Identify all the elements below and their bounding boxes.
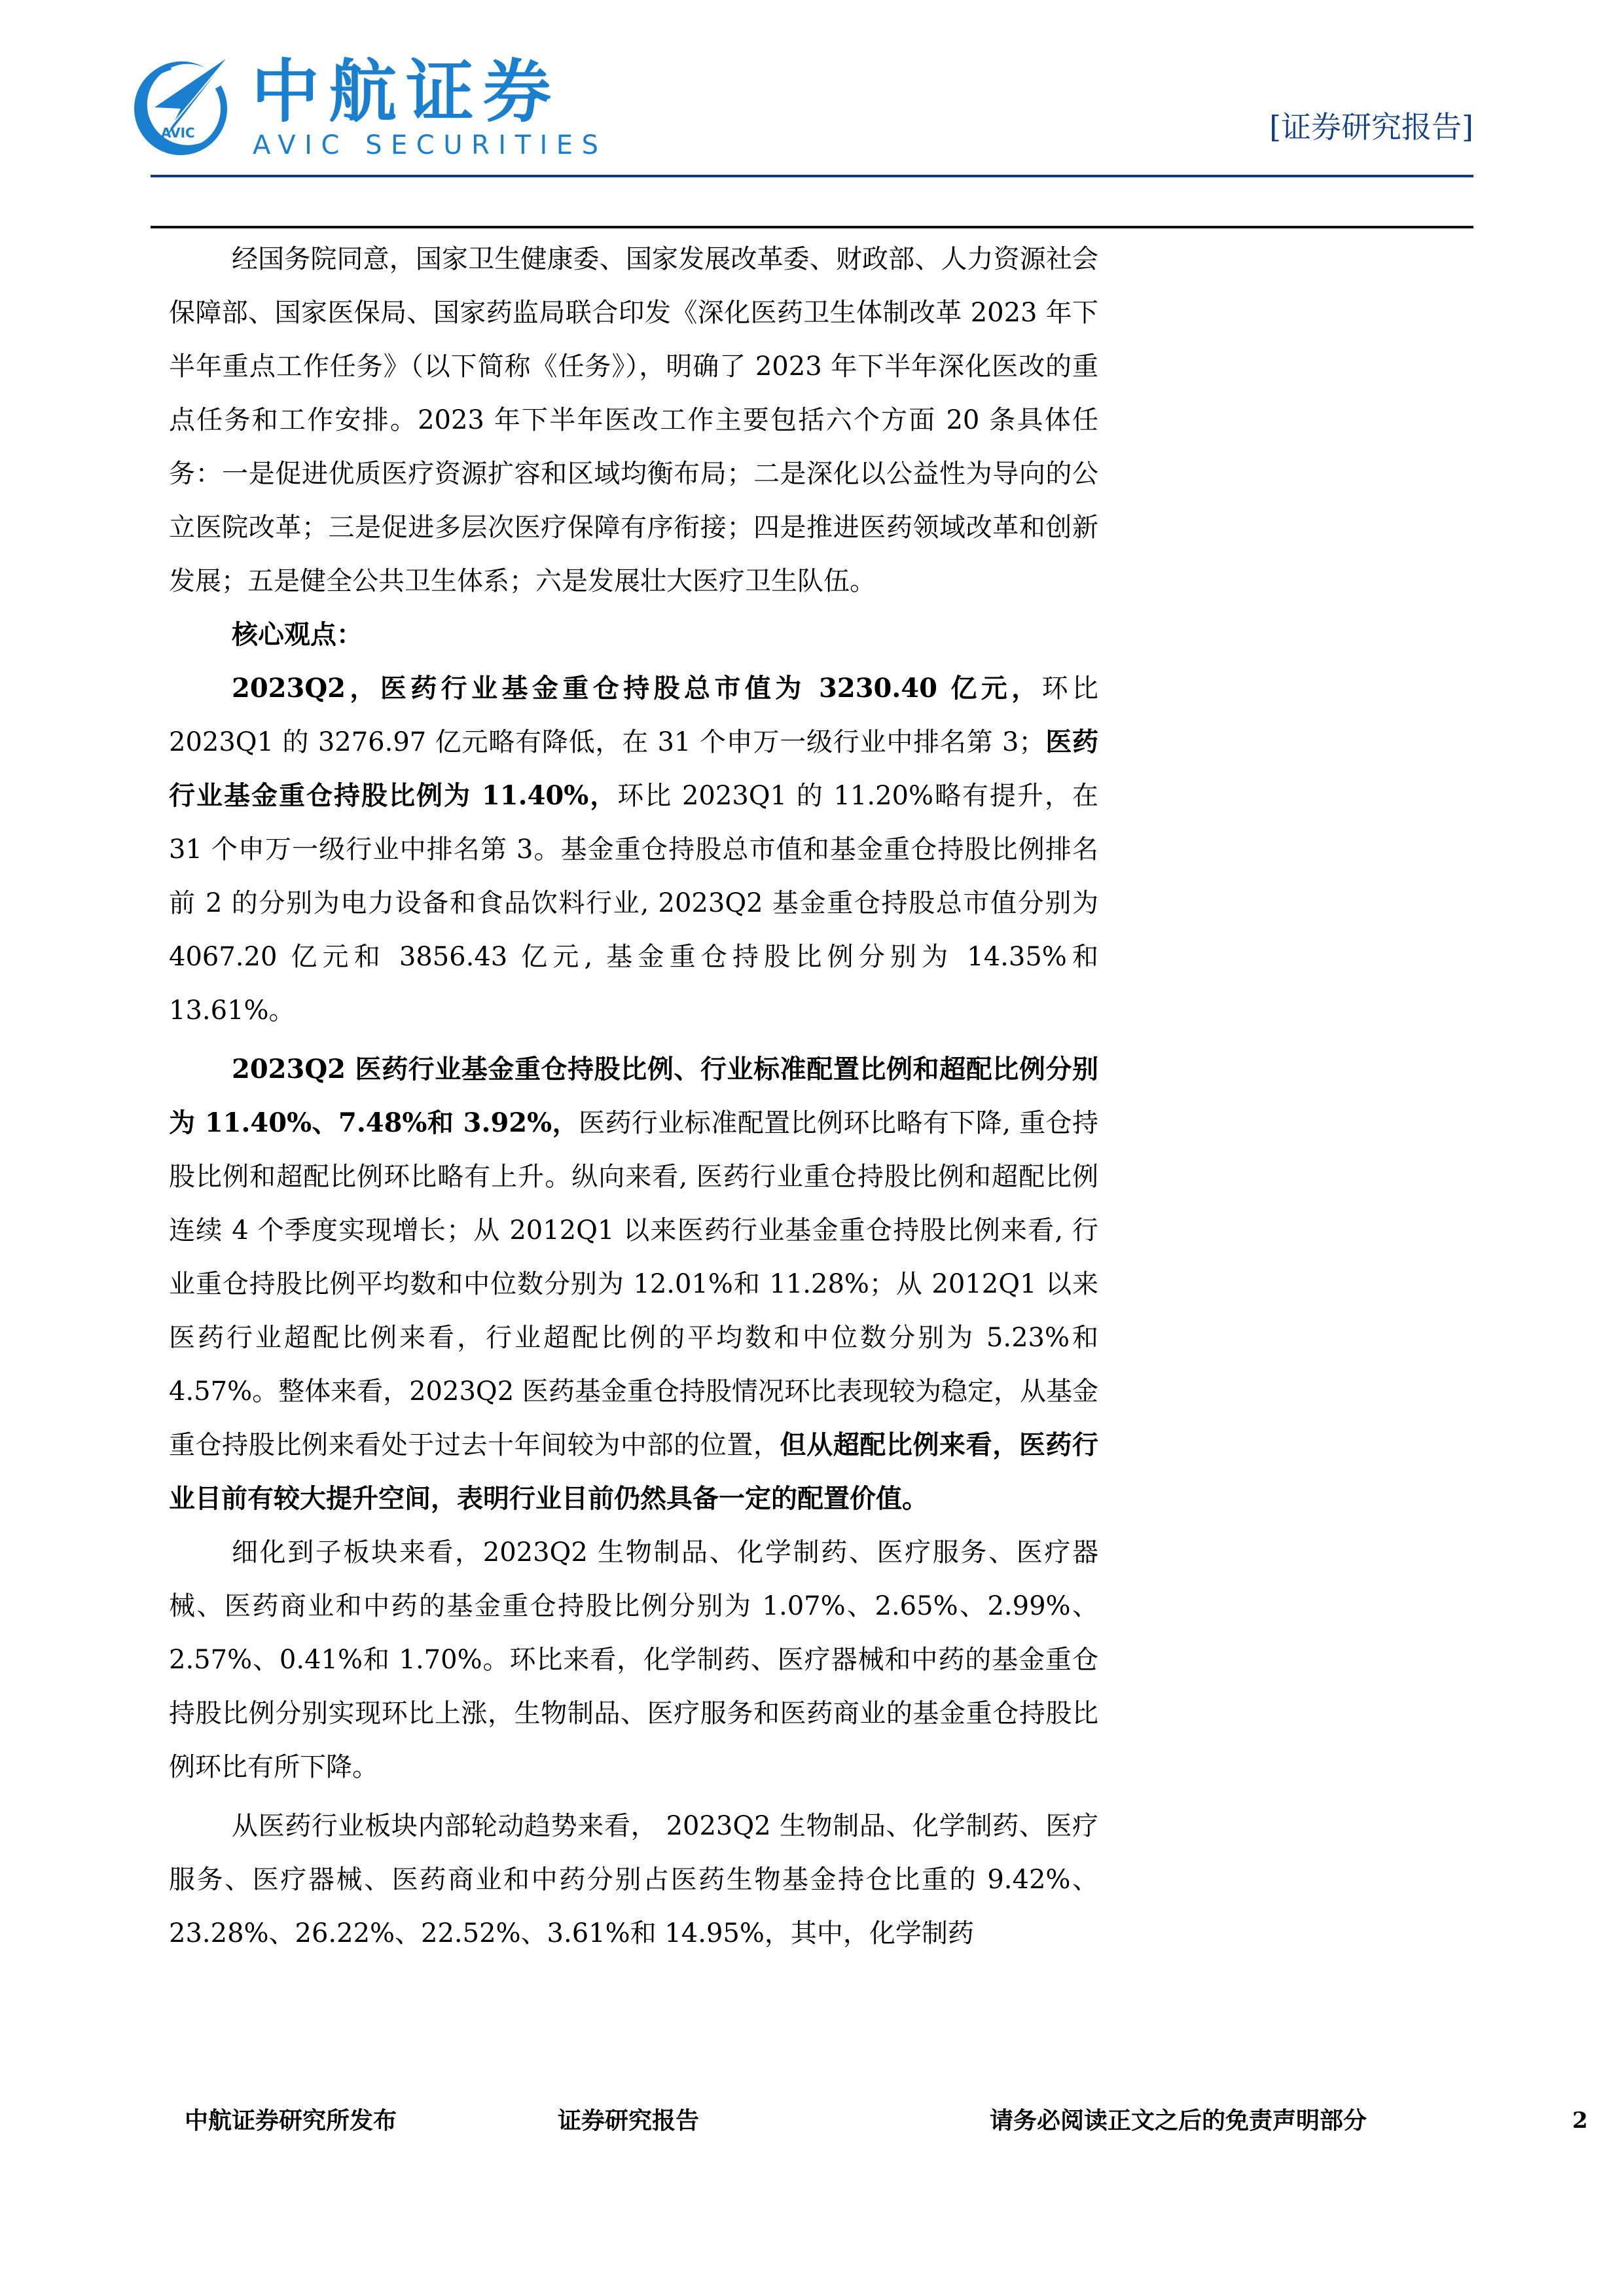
- paragraph-policy-intro: 经国务院同意，国家卫生健康委、国家发展改革委、财政部、人力资源社会保障部、国家医…: [169, 232, 1098, 608]
- text: 医药行业标准配置比例环比略有下降, 重仓持股比例和超配比例环比略有上升。纵向来看…: [169, 1108, 1098, 1460]
- header-rule-blue: [151, 175, 1473, 177]
- bold-text: 2023Q2，医药行业基金重仓持股总市值为 3230.40 亿元，: [232, 673, 1042, 704]
- report-body: 经国务院同意，国家卫生健康委、国家发展改革委、财政部、人力资源社会保障部、国家医…: [169, 232, 1098, 1960]
- core-views-heading-text: 核心观点：: [232, 619, 363, 650]
- paragraph-subsector-rotation: 从医药行业板块内部轮动趋势来看， 2023Q2 生物制品、化学制药、医疗服务、医…: [169, 1799, 1098, 1960]
- logo-name-en: AVIC SECURITIES: [253, 131, 607, 160]
- report-type-tag: [证券研究报告]: [1269, 109, 1473, 145]
- avic-emblem-icon: AVIC: [128, 54, 233, 158]
- footer-disclaimer: 请务必阅读正文之后的免责声明部分: [990, 2102, 1367, 2136]
- core-views-heading: 核心观点：: [169, 608, 1098, 662]
- page-footer: 中航证券研究所发布 证券研究报告 请务必阅读正文之后的免责声明部分 2: [0, 2102, 1624, 2142]
- page-number: 2: [1572, 2108, 1588, 2134]
- logo-name-cn: 中航证券: [251, 55, 560, 128]
- paragraph-market-value: 2023Q2，医药行业基金重仓持股总市值为 3230.40 亿元，环比 2023…: [169, 662, 1098, 1037]
- company-logo: AVIC 中航证券 AVIC SECURITIES: [128, 54, 560, 158]
- footer-doc-type: 证券研究报告: [558, 2102, 699, 2136]
- paragraph-subsector-ratio: 细化到子板块来看，2023Q2 生物制品、化学制药、医疗服务、医疗器械、医药商业…: [169, 1526, 1098, 1794]
- footer-publisher: 中航证券研究所发布: [185, 2102, 397, 2136]
- text: 环比 2023Q1 的 11.20%略有提升，在 31 个申万一级行业中排名第 …: [169, 781, 1098, 1026]
- paragraph-allocation-ratio: 2023Q2 医药行业基金重仓持股比例、行业标准配置比例和超配比例分别为 11.…: [169, 1043, 1098, 1526]
- svg-text:AVIC: AVIC: [161, 125, 195, 141]
- header-rule-black: [151, 226, 1473, 228]
